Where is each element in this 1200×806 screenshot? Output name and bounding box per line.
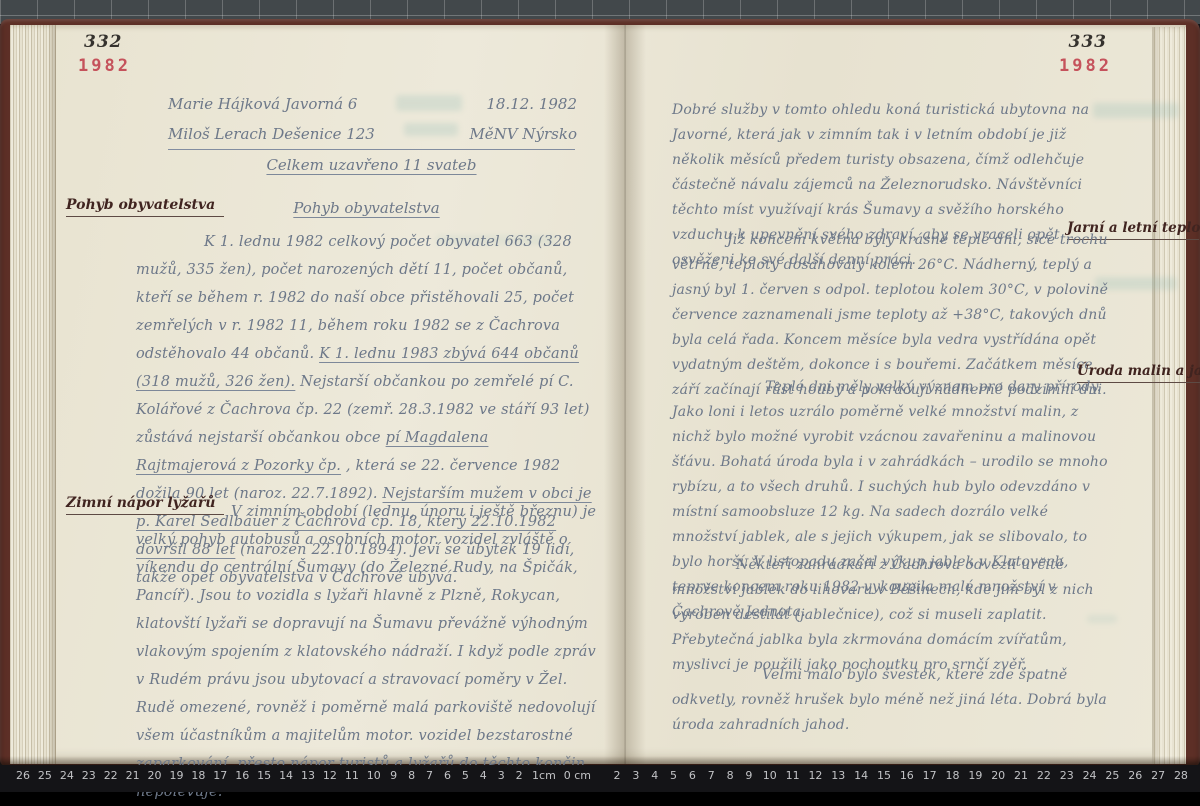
section-title-population: Pohyb obyvatelstva xyxy=(293,199,439,217)
ruler-number: 28 xyxy=(1174,769,1188,782)
ruler-number: 4 xyxy=(650,769,660,782)
ruler-number: 15 xyxy=(877,769,891,782)
ruler-number: 8 xyxy=(725,769,735,782)
ruler-number: 9 xyxy=(389,769,399,782)
ruler-number: 1cm xyxy=(532,769,556,782)
handwriting-segment: K 1. lednu 1982 celkový počet obyvatel 6… xyxy=(136,234,574,362)
ruler-number: 20 xyxy=(148,769,162,782)
ruler-number: 12 xyxy=(323,769,337,782)
ruler-number: 16 xyxy=(900,769,914,782)
ruler-number: 15 xyxy=(257,769,271,782)
ruler-number: 23 xyxy=(1060,769,1074,782)
ruler-scale-right: 2345678910111213141516171819202122232425… xyxy=(612,769,1188,782)
ruler-number: 2 xyxy=(514,769,524,782)
ruler: 2625242322212019181716151413121110987654… xyxy=(0,765,1200,792)
ruler-number: 7 xyxy=(706,769,716,782)
ski-season-paragraph: V zimním období (lednu, únoru i ještě bř… xyxy=(136,498,597,792)
ruler-number: 17 xyxy=(923,769,937,782)
ruler-number: 19 xyxy=(169,769,183,782)
ruler-number: 18 xyxy=(946,769,960,782)
ruler-number: 11 xyxy=(786,769,800,782)
ruler-number: 2 xyxy=(612,769,622,782)
ruler-number: 26 xyxy=(16,769,30,782)
ruler-number: 6 xyxy=(687,769,697,782)
wedding-record-row-1: Marie Hájková Javorná 6 18.12. 1982 xyxy=(168,95,577,113)
page-number-left: 332 xyxy=(84,32,123,52)
ruler-number: 23 xyxy=(82,769,96,782)
header-underline xyxy=(168,149,575,150)
ruler-number: 18 xyxy=(191,769,205,782)
page-edges-left xyxy=(10,25,56,764)
ruler-number: 5 xyxy=(669,769,679,782)
ruler-number: 16 xyxy=(235,769,249,782)
ruler-number: 9 xyxy=(744,769,754,782)
ruler-number: 13 xyxy=(301,769,315,782)
ruler-number: 24 xyxy=(1083,769,1097,782)
distillery-paragraph: Někteří zahrádkáři z Čachrova odvezli ur… xyxy=(672,553,1117,678)
handwriting-segment: V zimním období (lednu, únoru i ještě bř… xyxy=(136,504,596,792)
ruler-number: 8 xyxy=(407,769,417,782)
book-photo-scene: 332 1982 Marie Hájková Javorná 6 18.12. … xyxy=(0,0,1200,792)
plums-paragraph: Velmi málo bylo švestek, které zde špatn… xyxy=(672,663,1117,738)
ruler-number: 25 xyxy=(1105,769,1119,782)
ruler-number: 4 xyxy=(478,769,488,782)
page-edges-right xyxy=(1152,27,1186,764)
ruler-number: 3 xyxy=(496,769,506,782)
ruler-number: 22 xyxy=(1037,769,1051,782)
ruler-number: 26 xyxy=(1128,769,1142,782)
section-title-row: Pohyb obyvatelstva xyxy=(168,199,565,217)
wedding-couple-2: Miloš Lerach Dešenice 123 xyxy=(168,125,375,143)
ruler-number: 5 xyxy=(460,769,470,782)
ruler-number: 12 xyxy=(808,769,822,782)
wedding-date: 18.12. 1982 xyxy=(486,95,577,113)
ruler-number: 10 xyxy=(367,769,381,782)
ruler-number: 7 xyxy=(425,769,435,782)
ruler-number: 10 xyxy=(763,769,777,782)
wedding-summary-text: Celkem uzavřeno 11 svateb xyxy=(266,156,476,174)
ruler-number: 17 xyxy=(213,769,227,782)
year-stamp-left: 1982 xyxy=(78,56,131,76)
ruler-number: 27 xyxy=(1151,769,1165,782)
page-333: 333 1982 Dobré služby v tomto ohledu kon… xyxy=(625,25,1152,764)
page-332: 332 1982 Marie Hájková Javorná 6 18.12. … xyxy=(56,25,625,764)
wedding-record-row-2: Miloš Lerach Dešenice 123 MěNV Nýrsko xyxy=(168,125,577,143)
ruler-number: 24 xyxy=(60,769,74,782)
ruler-number: 6 xyxy=(442,769,452,782)
ruler-number: 13 xyxy=(831,769,845,782)
ruler-number: 0 cm xyxy=(564,769,591,782)
ruler-number: 19 xyxy=(968,769,982,782)
ruler-number: 20 xyxy=(991,769,1005,782)
ruler-number: 3 xyxy=(631,769,641,782)
ruler-scale-left: 2625242322212019181716151413121110987654… xyxy=(16,769,591,782)
ruler-number: 14 xyxy=(854,769,868,782)
registry-office: MěNV Nýrsko xyxy=(469,125,577,143)
ruler-number: 25 xyxy=(38,769,52,782)
ruler-number: 14 xyxy=(279,769,293,782)
wedding-couple-1: Marie Hájková Javorná 6 xyxy=(168,95,357,113)
page-number-right: 333 xyxy=(1069,32,1108,52)
ruler-number: 11 xyxy=(345,769,359,782)
wedding-summary: Celkem uzavřeno 11 svateb xyxy=(168,156,575,174)
ruler-number: 22 xyxy=(104,769,118,782)
year-stamp-right: 1982 xyxy=(1059,56,1112,76)
ruler-number: 21 xyxy=(1014,769,1028,782)
ruler-number: 21 xyxy=(126,769,140,782)
